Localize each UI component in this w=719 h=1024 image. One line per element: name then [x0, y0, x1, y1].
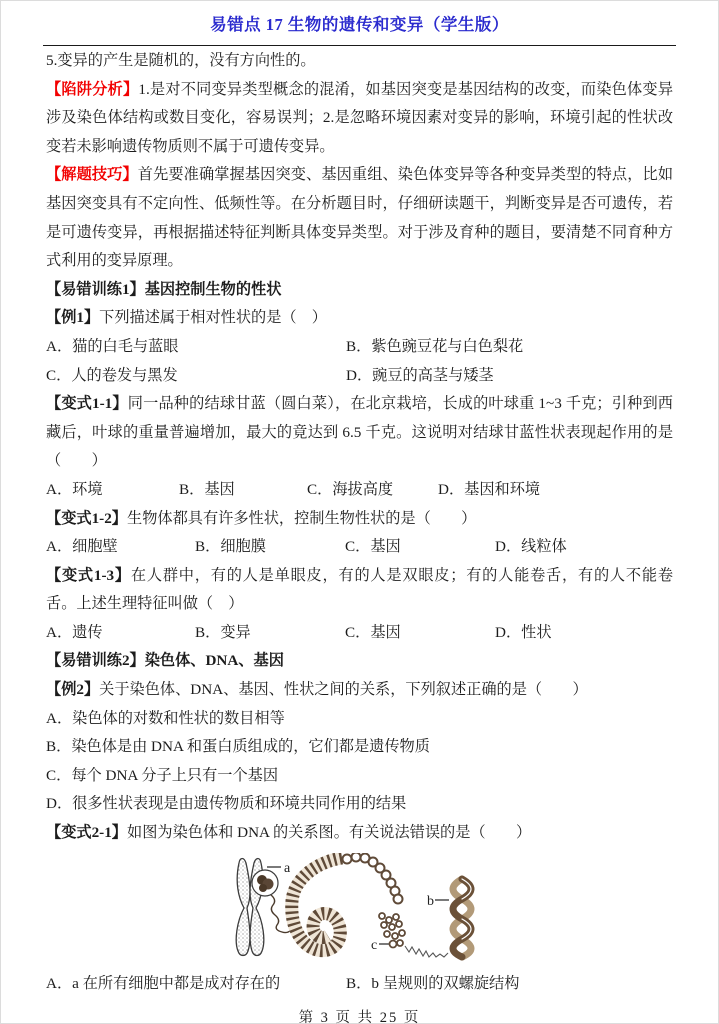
figure-label-c: c — [371, 938, 377, 953]
option-d: D．很多性状表现是由遗传物质和环境共同作用的结果 — [46, 790, 673, 819]
option-a: A．环境 — [46, 476, 179, 505]
option-a: A．染色体的对数和性状的数目相等 — [46, 705, 673, 734]
trap-analysis-text: 1.是对不同变异类型概念的混淆，如基因突变是基因结构的改变，而染色体变异涉及染色… — [46, 81, 673, 155]
question-var13-stem: 【变式1-3】在人群中，有的人是单眼皮，有的人是双眼皮；有的人能卷舌，有的人不能… — [46, 562, 673, 619]
example1-options: A．猫的白毛与蓝眼 B．紫色豌豆花与白色梨花 C．人的卷发与黑发 D．豌豆的高茎… — [46, 333, 673, 390]
var11-text: 同一品种的结球甘蓝（圆白菜），在北京栽培，长成的叶球重 1~3 千克；引种到西藏… — [46, 395, 673, 469]
option-d: D．性状 — [495, 619, 673, 648]
var21-label: 【变式2-1】 — [46, 824, 127, 841]
figure-label-a: a — [284, 861, 291, 876]
question-var11-stem: 【变式1-1】同一品种的结球甘蓝（圆白菜），在北京栽培，长成的叶球重 1~3 千… — [46, 390, 673, 476]
question-example1-stem: 【例1】下列描述属于相对性状的是（ ） — [46, 304, 673, 333]
solving-tips-label: 【解题技巧】 — [46, 166, 138, 183]
figure-label-b: b — [427, 894, 434, 909]
intro-point: 5.变异的产生是随机的，没有方向性的。 — [46, 47, 673, 76]
dna-double-helix — [453, 879, 471, 957]
option-a: A．遗传 — [46, 619, 195, 648]
question-var21-stem: 【变式2-1】如图为染色体和 DNA 的关系图。有关说法错误的是（ ） — [46, 819, 673, 848]
example2-label: 【例2】 — [46, 681, 99, 698]
option-c: C．每个 DNA 分子上只有一个基因 — [46, 762, 673, 791]
section-heading-train1: 【易错训练1】基因控制生物的性状 — [46, 276, 673, 305]
var13-text: 在人群中，有的人是单眼皮，有的人是双眼皮；有的人能卷舌，有的人不能卷舌。上述生理… — [46, 567, 673, 613]
option-c: C．基因 — [345, 533, 495, 562]
var12-options: A．细胞壁 B．细胞膜 C．基因 D．线粒体 — [46, 533, 673, 562]
question-var12-stem: 【变式1-2】生物体都具有许多性状，控制生物性状的是（ ） — [46, 505, 673, 534]
var13-options: A．遗传 B．变异 C．基因 D．性状 — [46, 619, 673, 648]
option-b: B．基因 — [179, 476, 307, 505]
example1-label: 【例1】 — [46, 309, 99, 326]
page-number: 第 3 页 共 25 页 — [46, 1006, 673, 1024]
chromosome-dna-diagram: a c — [226, 853, 494, 963]
solving-tips-text: 首先要准确掌握基因突变、基因重组、染色体变异等各种变异类型的特点，比如基因突变具… — [46, 166, 673, 269]
dna-thread-zigzag — [405, 946, 448, 957]
header-rule — [43, 45, 676, 46]
option-d: D．线粒体 — [495, 533, 673, 562]
nucleosome-chain — [342, 853, 402, 904]
option-b: B．细胞膜 — [195, 533, 345, 562]
question-example2-stem: 【例2】关于染色体、DNA、基因、性状之间的关系，下列叙述正确的是（ ） — [46, 676, 673, 705]
option-a: A．猫的白毛与蓝眼 — [46, 333, 346, 362]
chromosome-dna-figure: a c — [46, 848, 673, 970]
option-a: A．细胞壁 — [46, 533, 195, 562]
nucleosome-bead — [389, 940, 396, 947]
option-c: C．基因 — [345, 619, 495, 648]
var12-text: 生物体都具有许多性状，控制生物性状的是（ ） — [127, 510, 476, 527]
chromatin-coil — [291, 858, 341, 951]
option-a: A．a 在所有细胞中都是成对存在的 — [46, 970, 346, 999]
example1-text: 下列描述属于相对性状的是（ ） — [99, 309, 327, 326]
example2-text: 关于染色体、DNA、基因、性状之间的关系，下列叙述正确的是（ ） — [99, 681, 588, 698]
option-b: B．变异 — [195, 619, 345, 648]
solving-tips-paragraph: 【解题技巧】首先要准确掌握基因突变、基因重组、染色体变异等各种变异类型的特点，比… — [46, 161, 673, 275]
option-b: B．染色体是由 DNA 和蛋白质组成的，它们都是遗传物质 — [46, 733, 673, 762]
option-b: B．紫色豌豆花与白色梨花 — [346, 333, 673, 362]
trap-analysis-paragraph: 【陷阱分析】1.是对不同变异类型概念的混淆，如基因突变是基因结构的改变，而染色体… — [46, 76, 673, 162]
section-heading-train2: 【易错训练2】染色体、DNA、基因 — [46, 647, 673, 676]
option-c: C．海拔高度 — [307, 476, 438, 505]
var21-options: A．a 在所有细胞中都是成对存在的 B．b 呈规则的双螺旋结构 — [46, 970, 673, 999]
option-d: D．基因和环境 — [438, 476, 673, 505]
var11-label: 【变式1-1】 — [46, 395, 128, 412]
var11-options: A．环境 B．基因 C．海拔高度 D．基因和环境 — [46, 476, 673, 505]
page-title: 易错点 17 生物的遗传和变异（学生版） — [46, 14, 673, 36]
option-b: B．b 呈规则的双螺旋结构 — [346, 970, 673, 999]
option-c: C．人的卷发与黑发 — [46, 362, 346, 391]
trap-analysis-label: 【陷阱分析】 — [46, 81, 138, 98]
var21-text: 如图为染色体和 DNA 的关系图。有关说法错误的是（ ） — [127, 824, 531, 841]
example2-options: A．染色体的对数和性状的数目相等 B．染色体是由 DNA 和蛋白质组成的，它们都… — [46, 705, 673, 819]
document-page: 易错点 17 生物的遗传和变异（学生版） 5.变异的产生是随机的，没有方向性的。… — [0, 0, 719, 1024]
option-d: D．豌豆的高茎与矮茎 — [346, 362, 673, 391]
chromatin-zoom-circle — [252, 870, 278, 896]
var12-label: 【变式1-2】 — [46, 510, 127, 527]
var13-label: 【变式1-3】 — [46, 567, 131, 584]
